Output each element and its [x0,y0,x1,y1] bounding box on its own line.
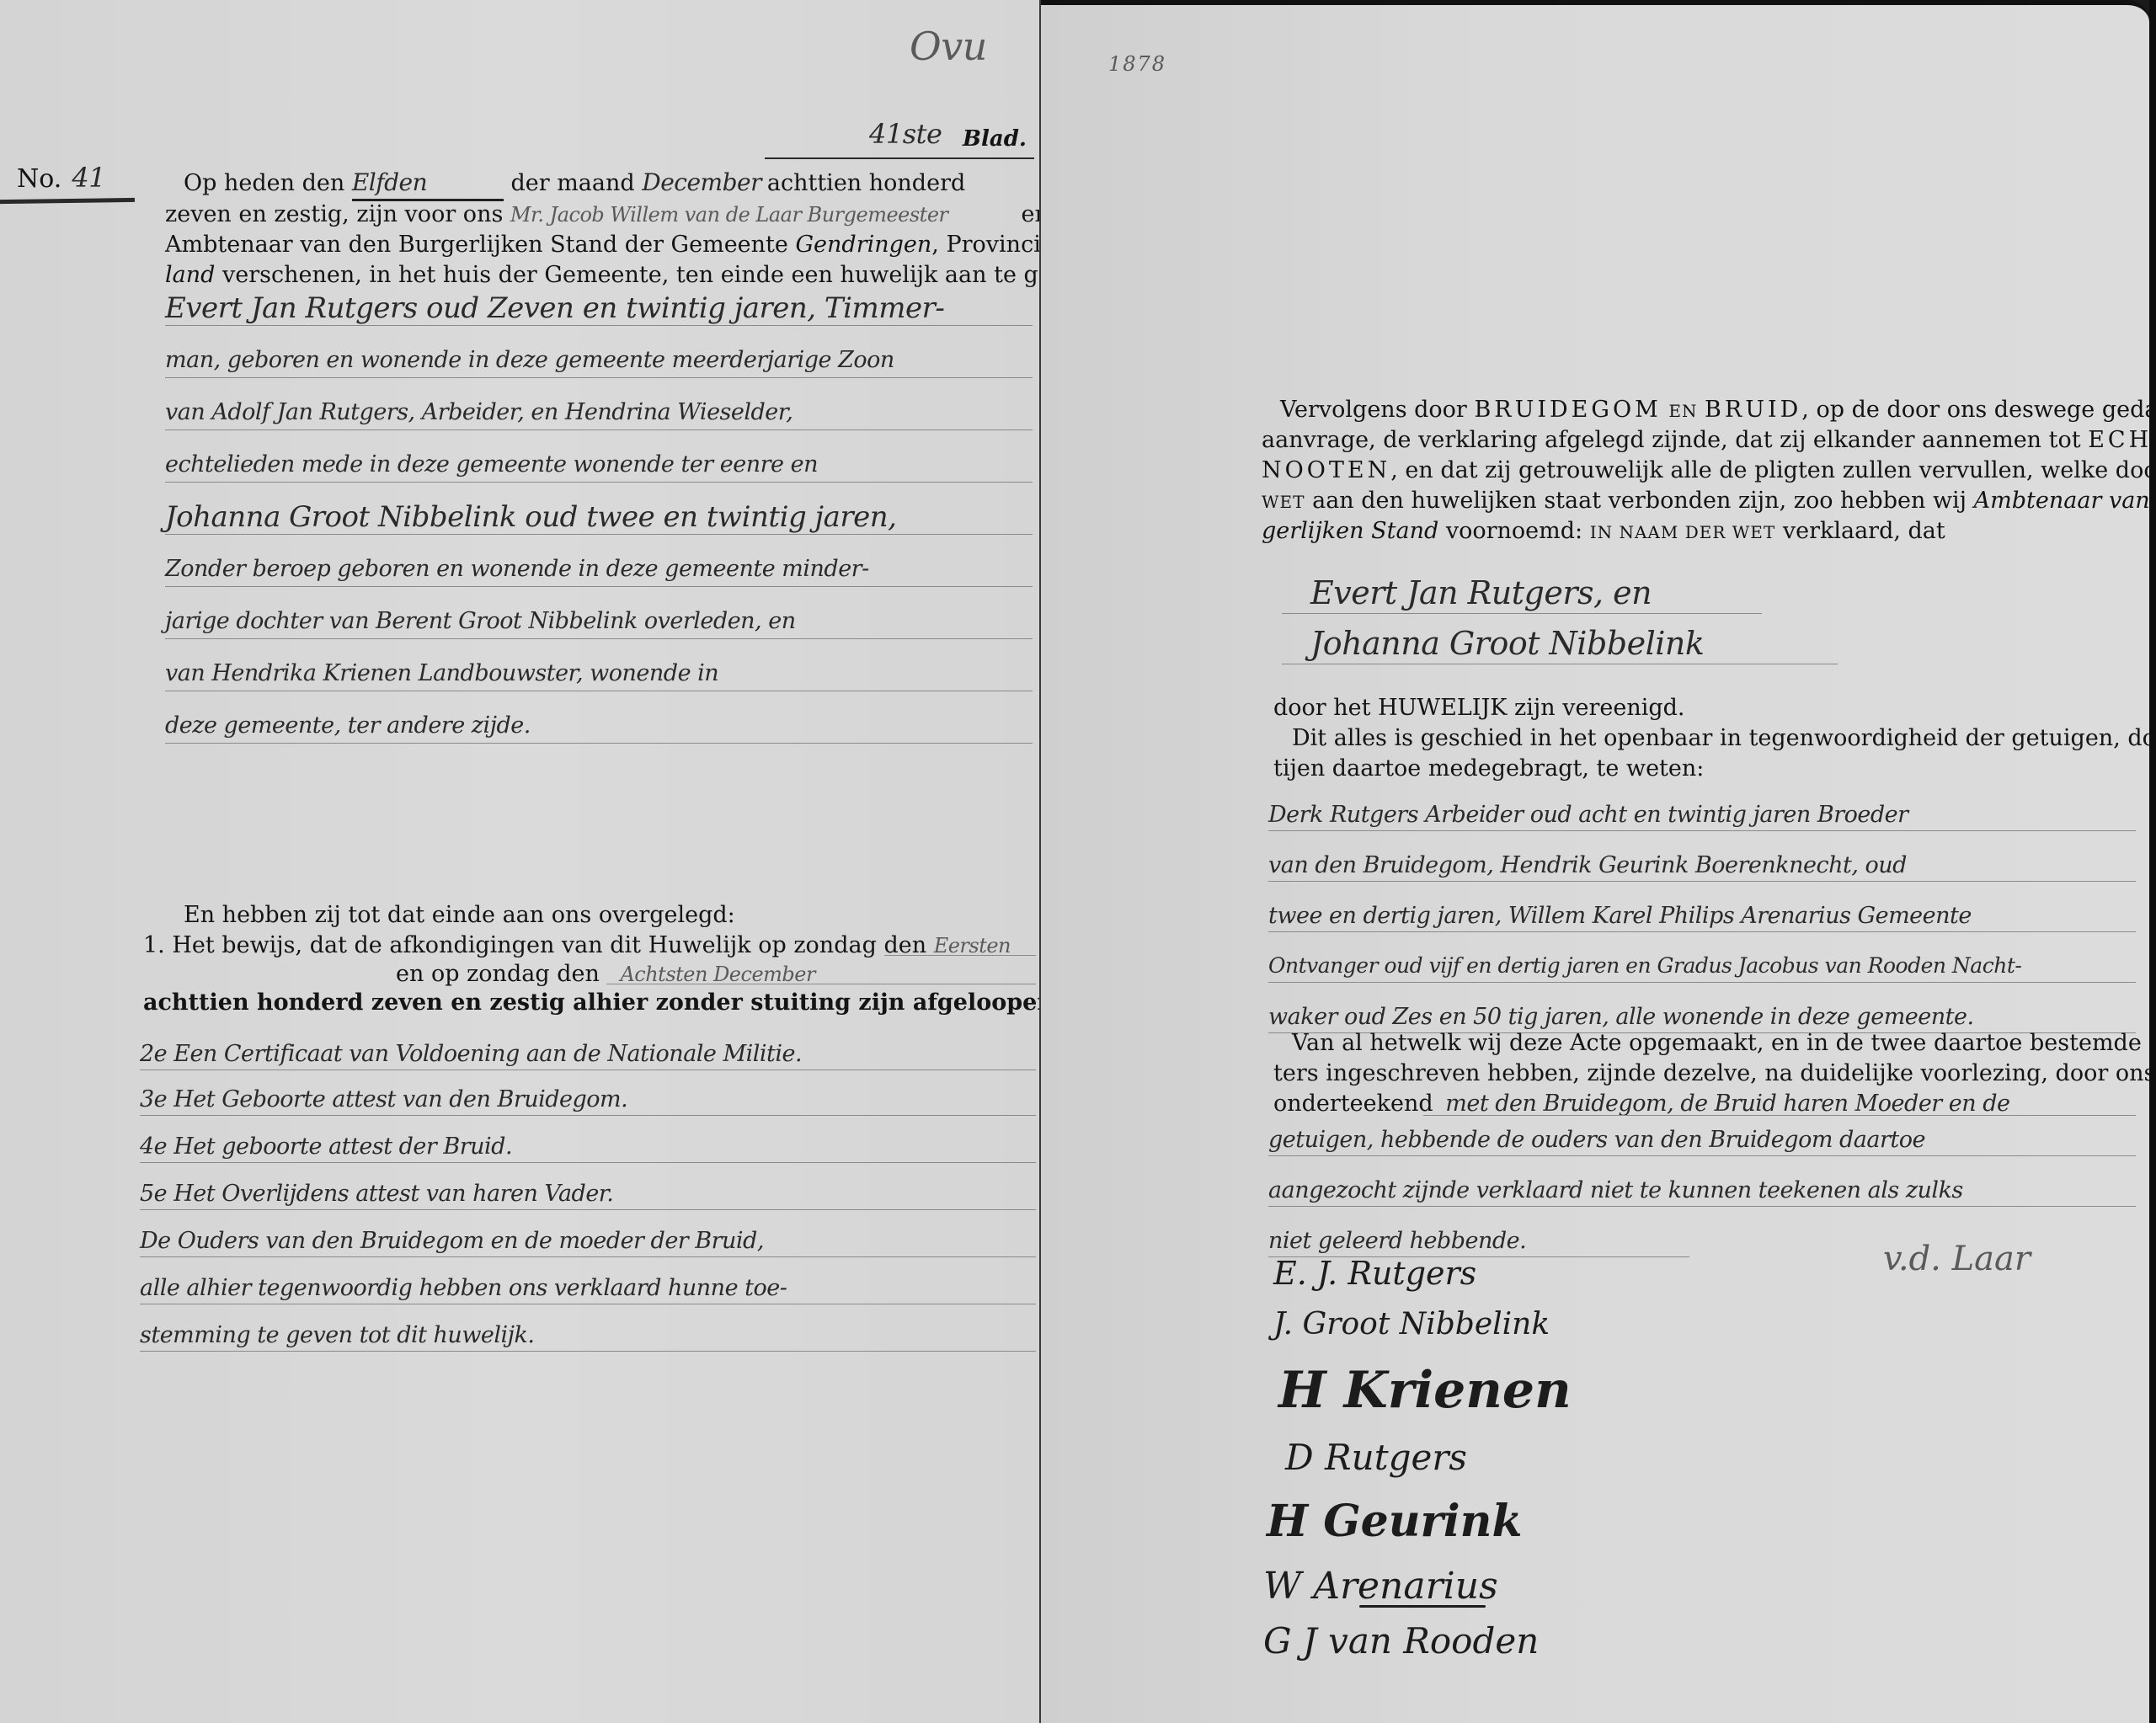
party-line: man, geboren en wonende in deze gemeente… [165,347,894,373]
party-line: van Adolf Jan Rutgers, Arbeider, en Hend… [165,399,792,425]
document-item-3: 3e Het Geboorte attest van den Bruidegom… [140,1086,627,1112]
signature-official: v.d. Laar [1883,1240,2031,1278]
witness-line: van den Bruidegom, Hendrik Geurink Boere… [1268,852,1907,878]
signature-witness: H Geurink [1267,1496,1523,1547]
declaration-line-3: NOOTEN, en dat zij getrouwelijk alle de … [1262,455,2156,488]
declaration-line-1: Vervolgens door BRUIDEGOM EN BRUID, op d… [1280,394,2156,427]
document-item-1-line-c: achttien honderd zeven en zestig alhier … [143,987,1061,1019]
party-line: van Hendrika Krienen Landbouwster, wonen… [165,660,718,686]
groom-entry-line: Evert Jan Rutgers oud Zeven en twintig j… [165,291,944,325]
intro-line-4: land verschenen, in het huis der Gemeent… [165,259,1080,291]
signature-witness: G J van Rooden [1263,1620,1539,1662]
right-page: 1878 Vervolgens door BRUIDEGOM EN BRUID,… [1041,0,2149,1723]
folio-number: 41ste [869,118,942,150]
signature-flourish [1359,1605,1486,1608]
consent-line: alle alhier tegenwoordig hebben ons verk… [140,1275,787,1301]
closing-hand-line: niet geleerd hebbende. [1268,1228,1526,1254]
document-item-4: 4e Het geboorte attest der Bruid. [140,1134,512,1160]
witness-intro-line-2: tijen daartoe medegebragt, te weten: [1273,753,1704,785]
official-name-field: Mr. Jacob Willem van de Laar Burgemeeste… [510,199,1014,231]
corner-note: 1878 [1108,52,1166,76]
signature-witness: W Arenarius [1263,1565,1498,1608]
party-line: deze gemeente, ter andere zijde. [165,712,531,739]
witness-line: waker oud Zes en 50 tig jaren, alle wone… [1268,1004,1974,1030]
document-item-5: 5e Het Overlijdens attest van haren Vade… [140,1181,613,1207]
documents-heading: En hebben zij tot dat einde aan ons over… [184,899,735,931]
document-item-1-line-a: 1. Het bewijs, dat de afkondigingen van … [143,930,1011,962]
groom-name: Evert Jan Rutgers, en [1310,574,1652,611]
intro-line-3: Ambtenaar van den Burgerlijken Stand der… [165,229,1147,261]
party-line: jarige dochter van Berent Groot Nibbelin… [165,608,796,634]
declaration-line-5: gerlijken Stand voornoemd: IN NAAM DER W… [1262,515,1945,548]
party-line: echtelieden mede in deze gemeente wonend… [165,451,818,477]
declaration-line-2: aanvrage, de verklaring afgelegd zijnde,… [1262,424,2156,456]
witness-line: Derk Rutgers Arbeider oud acht en twinti… [1268,802,1908,828]
intro-line-2: zeven en zestig, zijn voor ons Mr. Jacob… [165,199,1049,231]
closing-hand-line: getuigen, hebbende de ouders van den Bru… [1268,1127,1925,1153]
folio-header: 41ste Blad. [765,118,1034,160]
signature-bride: J. Groot Nibbelink [1273,1307,1550,1342]
document-item-2: 2e Een Certificaat van Voldoening aan de… [140,1041,802,1067]
left-page: Ovu 41ste Blad. No. 41 Op heden den Elfd… [0,0,1039,1723]
day-field: Elfden [352,167,504,201]
signature-groom: E. J. Rutgers [1273,1255,1476,1292]
closing-line-2: ters ingeschreven hebben, zijnde dezelve… [1273,1058,2155,1090]
month-field: December [642,167,760,199]
bride-name: Johanna Groot Nibbelink [1310,625,1704,662]
consent-line: De Ouders van den Bruidegom en de moeder… [140,1228,764,1254]
signature-mother: H Krienen [1278,1361,1572,1420]
witness-line: twee en dertig jaren, Willem Karel Phili… [1268,903,1972,929]
document-item-1-line-b: en op zondag den Achtsten December [396,958,815,990]
corner-note: Ovu [910,24,987,69]
declaration-line-4: WET aan den huwelijken staat verbonden z… [1262,485,2156,518]
intro-line-1: Op heden den Elfden der maand December a… [184,167,965,201]
consent-line: stemming te geven tot dit huwelijk. [140,1322,535,1348]
union-statement: door het HUWELIJK zijn vereenigd. [1273,692,1685,724]
record-number: No. 41 [17,162,105,195]
register-spread: Ovu 41ste Blad. No. 41 Op heden den Elfd… [0,0,2156,1723]
bride-entry-line: Johanna Groot Nibbelink oud twee en twin… [165,500,896,534]
closing-hand-line: aangezocht zijnde verklaard niet te kunn… [1268,1177,1963,1203]
party-line: Zonder beroep geboren en wonende in deze… [165,556,869,582]
witness-intro-line-1: Dit alles is geschied in het openbaar in… [1292,723,2156,755]
signature-witness: D Rutgers [1285,1437,1467,1478]
folio-label: Blad. [963,123,1027,155]
page-edge [2149,0,2156,1723]
closing-line-1: Van al hetwelk wij deze Acte opgemaakt, … [1292,1027,2156,1059]
witness-line: Ontvanger oud vijf en dertig jaren en Gr… [1268,953,2021,978]
record-number-rule [0,198,135,204]
